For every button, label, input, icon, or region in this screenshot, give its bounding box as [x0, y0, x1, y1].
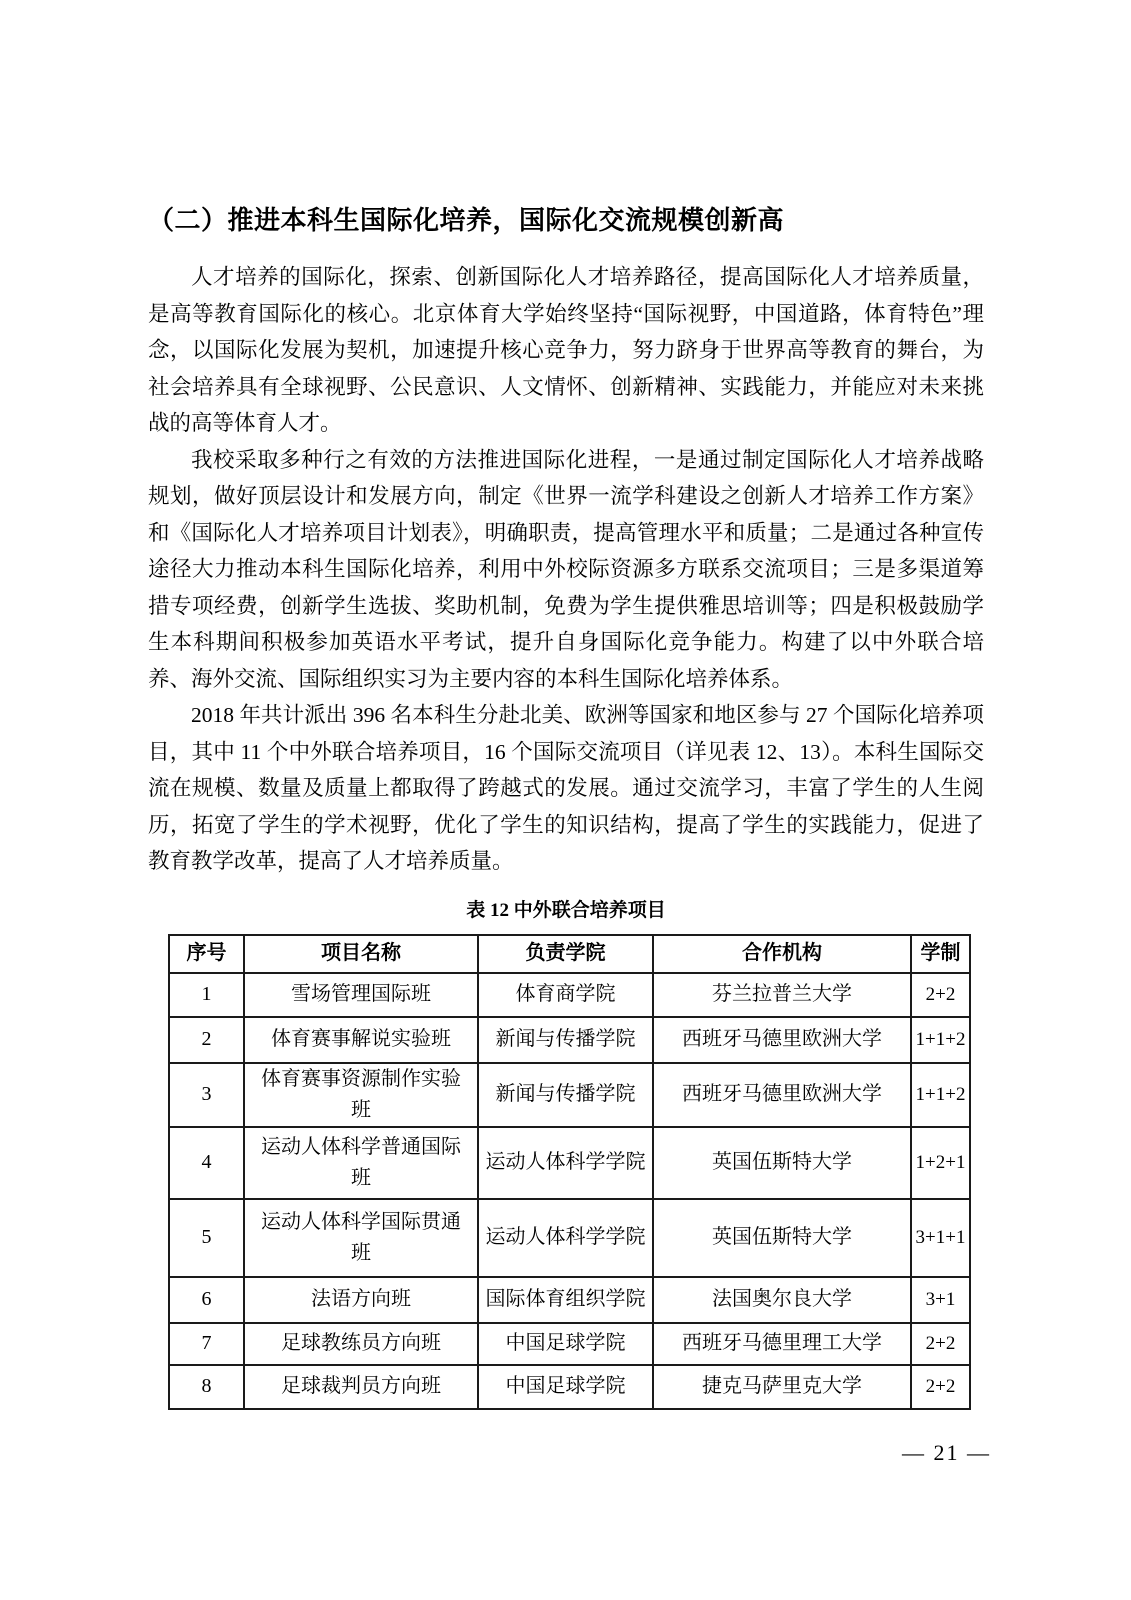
table-cell: 6 [169, 1277, 244, 1323]
table-row: 5 运动人体科学国际贯通班 运动人体科学学院 英国伍斯特大学 3+1+1 [169, 1199, 970, 1277]
table-cell: 足球教练员方向班 [244, 1323, 478, 1365]
table-cell: 3 [169, 1063, 244, 1127]
table-cell: 西班牙马德里理工大学 [653, 1323, 911, 1365]
table-cell: 英国伍斯特大学 [653, 1199, 911, 1277]
table-cell: 运动人体科学普通国际班 [244, 1127, 478, 1199]
table-row: 7 足球教练员方向班 中国足球学院 西班牙马德里理工大学 2+2 [169, 1323, 970, 1365]
table-cell: 1+1+2 [911, 1063, 970, 1127]
table-cell: 3+1+1 [911, 1199, 970, 1277]
table-caption: 表 12 中外联合培养项目 [148, 898, 984, 924]
body-paragraph-2: 我校采取多种行之有效的方法推进国际化进程，一是通过制定国际化人才培养战略规划，做… [148, 442, 984, 698]
table-cell: 体育赛事资源制作实验班 [244, 1063, 478, 1127]
table-cell: 2+2 [911, 1323, 970, 1365]
table-cell: 1 [169, 973, 244, 1017]
table-header-cell-school: 负责学院 [478, 935, 653, 973]
table-cell: 中国足球学院 [478, 1365, 653, 1409]
table-cell: 运动人体科学学院 [478, 1127, 653, 1199]
table-header-row: 序号 项目名称 负责学院 合作机构 学制 [169, 935, 970, 973]
table-cell: 2+2 [911, 1365, 970, 1409]
table-row: 6 法语方向班 国际体育组织学院 法国奥尔良大学 3+1 [169, 1277, 970, 1323]
table-cell: 西班牙马德里欧洲大学 [653, 1063, 911, 1127]
table-cell: 1+2+1 [911, 1127, 970, 1199]
table-cell: 8 [169, 1365, 244, 1409]
document-page: （二）推进本科生国际化培养，国际化交流规模创新高 人才培养的国际化，探索、创新国… [0, 0, 1131, 1600]
table-cell: 2+2 [911, 973, 970, 1017]
table-cell: 体育赛事解说实验班 [244, 1017, 478, 1063]
table-cell: 雪场管理国际班 [244, 973, 478, 1017]
table-cell: 5 [169, 1199, 244, 1277]
page-number: — 21 — [902, 1440, 991, 1466]
table-cell: 英国伍斯特大学 [653, 1127, 911, 1199]
table-cell: 法国奥尔良大学 [653, 1277, 911, 1323]
table-row: 3 体育赛事资源制作实验班 新闻与传播学院 西班牙马德里欧洲大学 1+1+2 [169, 1063, 970, 1127]
joint-programs-table: 序号 项目名称 负责学院 合作机构 学制 1 雪场管理国际班 体育商学院 芬兰拉… [168, 934, 971, 1410]
table-cell: 7 [169, 1323, 244, 1365]
body-paragraph-1: 人才培养的国际化，探索、创新国际化人才培养路径，提高国际化人才培养质量，是高等教… [148, 259, 984, 442]
body-paragraph-3: 2018 年共计派出 396 名本科生分赴北美、欧洲等国家和地区参与 27 个国… [148, 697, 984, 880]
table-cell: 运动人体科学学院 [478, 1199, 653, 1277]
table-cell: 西班牙马德里欧洲大学 [653, 1017, 911, 1063]
table-cell: 2 [169, 1017, 244, 1063]
table-cell: 体育商学院 [478, 973, 653, 1017]
table-cell: 芬兰拉普兰大学 [653, 973, 911, 1017]
table-cell: 国际体育组织学院 [478, 1277, 653, 1323]
table-row: 2 体育赛事解说实验班 新闻与传播学院 西班牙马德里欧洲大学 1+1+2 [169, 1017, 970, 1063]
table-header-cell-partner: 合作机构 [653, 935, 911, 973]
page-content: （二）推进本科生国际化培养，国际化交流规模创新高 人才培养的国际化，探索、创新国… [148, 203, 984, 1410]
table-row: 4 运动人体科学普通国际班 运动人体科学学院 英国伍斯特大学 1+2+1 [169, 1127, 970, 1199]
table-cell: 3+1 [911, 1277, 970, 1323]
table-row: 8 足球裁判员方向班 中国足球学院 捷克马萨里克大学 2+2 [169, 1365, 970, 1409]
section-heading: （二）推进本科生国际化培养，国际化交流规模创新高 [148, 203, 984, 237]
table-cell: 中国足球学院 [478, 1323, 653, 1365]
table-cell: 新闻与传播学院 [478, 1017, 653, 1063]
table-cell: 新闻与传播学院 [478, 1063, 653, 1127]
table-row: 1 雪场管理国际班 体育商学院 芬兰拉普兰大学 2+2 [169, 973, 970, 1017]
table-cell: 法语方向班 [244, 1277, 478, 1323]
table-cell: 1+1+2 [911, 1017, 970, 1063]
table-cell: 捷克马萨里克大学 [653, 1365, 911, 1409]
table-cell: 足球裁判员方向班 [244, 1365, 478, 1409]
table-header-cell-program: 项目名称 [244, 935, 478, 973]
table-header-cell-duration: 学制 [911, 935, 970, 973]
table-cell: 4 [169, 1127, 244, 1199]
table-header-cell-index: 序号 [169, 935, 244, 973]
table-cell: 运动人体科学国际贯通班 [244, 1199, 478, 1277]
